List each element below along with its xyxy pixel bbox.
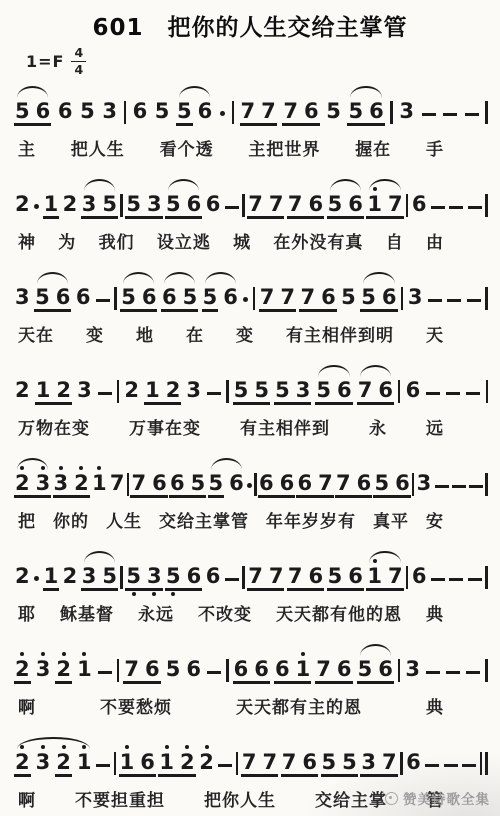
note: 3 (407, 287, 424, 312)
note: 6 (381, 287, 398, 309)
notes-row: 233217766556666776563 (6, 454, 494, 498)
lyric-syllable: 在外没有真 (273, 228, 363, 253)
duration-dash (207, 392, 221, 395)
lyrics-row: 耶稣基督永远不改变天天都有他的恩典 (6, 591, 494, 625)
note: 5 (341, 752, 358, 774)
octave-dot-above (373, 559, 377, 563)
duration-dash (449, 578, 463, 581)
note: 5 (327, 194, 344, 216)
lyric-syllable: 稣基督 (60, 600, 114, 625)
beam-group: 76 (287, 566, 324, 591)
barline (485, 101, 487, 124)
lyric-syllable: 把 (18, 507, 36, 532)
barline (242, 566, 244, 589)
lyric-syllable: 年年岁岁有 (266, 507, 356, 532)
note: 6 (308, 194, 325, 216)
beam-group: 67 (296, 473, 333, 498)
slur-group: 76 (357, 380, 394, 405)
music-line-1: 56653655677765563主把人生看个透主把世界握在手 (6, 82, 494, 160)
slur-group: 56 (327, 194, 364, 219)
note: 5 (357, 659, 374, 681)
note: 1 (295, 659, 312, 681)
note: 7 (315, 659, 332, 681)
lyric-syllable: 永远 (138, 600, 174, 625)
note: 5 (176, 101, 193, 126)
lyric-syllable: 安 (426, 507, 444, 532)
beam-group: 53 (125, 566, 162, 591)
note: 6 (301, 752, 318, 774)
beam-group: 56 (373, 473, 410, 498)
note: 3 (14, 287, 31, 312)
notes-row: 2123553566777656176 (6, 547, 494, 591)
notes-row: 56653655677765563 (6, 82, 494, 126)
barline (412, 473, 414, 496)
duration-dash (225, 206, 239, 209)
barline (117, 380, 119, 403)
note: 6 (405, 752, 422, 777)
duration-dash (452, 485, 466, 488)
note: 6 (394, 473, 411, 495)
beam-group: 12 (144, 380, 181, 405)
duration-dash (225, 578, 239, 581)
barline (242, 194, 244, 217)
note: 7 (260, 101, 277, 123)
beam-group: 56 (165, 566, 202, 591)
lyric-syllable: 万物在变 (18, 414, 90, 439)
note: 6 (144, 659, 161, 681)
note: 2 (14, 473, 31, 495)
lyric-syllable: 永 (369, 414, 387, 439)
note: 6 (411, 194, 428, 219)
barline (406, 194, 408, 217)
barline (398, 659, 400, 682)
note: 6 (347, 194, 364, 216)
octave-dot-above (97, 466, 101, 470)
slur-group: 56 (360, 287, 397, 312)
note: 5 (154, 101, 171, 126)
note: 3 (416, 473, 433, 498)
note: 1 (366, 194, 383, 216)
beam-group: 55 (321, 752, 358, 777)
slur-group: 56 (315, 380, 352, 405)
beam-group: 77 (240, 101, 277, 126)
note: 5 (360, 287, 377, 309)
note: 2 (14, 659, 31, 684)
lyric-syllable: 不改变 (198, 600, 252, 625)
note: 7 (357, 380, 374, 402)
beam-group: 76 (130, 473, 167, 498)
lyric-syllable: 交给主掌管 (159, 507, 249, 532)
augmentation-dot (247, 483, 252, 488)
note: 6 (141, 287, 158, 309)
note: 6 (228, 473, 245, 495)
note: 7 (240, 101, 257, 123)
note: 5 (165, 659, 182, 684)
note: 5 (233, 380, 250, 402)
note: 5 (325, 101, 342, 126)
duration-dash (466, 392, 480, 395)
lyrics-row: 主把人生看个透主把世界握在手 (6, 126, 494, 160)
page-title: 601把你的人生交给主掌管 (0, 9, 500, 42)
lyric-syllable: 万事在变 (129, 414, 201, 439)
beam-group: 76 (287, 194, 324, 219)
barline (127, 473, 129, 496)
note: 6 (57, 101, 74, 126)
duration-dash (431, 578, 445, 581)
note: 6 (258, 473, 275, 495)
note: 7 (268, 194, 285, 216)
note: 5 (253, 380, 270, 402)
note: 3 (81, 566, 98, 588)
note: 7 (287, 194, 304, 216)
lyric-syllable: 握在 (355, 135, 391, 160)
note: 6 (336, 380, 353, 402)
barline (406, 566, 408, 589)
lyric-syllable: 我们 (99, 228, 135, 253)
duration-dash (447, 299, 461, 302)
lyric-syllable: 天在 (18, 321, 54, 346)
beam-group: 76 (281, 752, 318, 777)
note: 5 (101, 566, 118, 588)
note: 5 (165, 194, 182, 216)
barline (485, 287, 487, 310)
beam-group: 66 (258, 473, 295, 498)
beam-group: 12 (35, 380, 72, 405)
slur-group: 35 (81, 194, 118, 219)
octave-dot-above (205, 745, 209, 749)
octave-dot-above (62, 652, 66, 656)
slur-group: 35 (81, 566, 118, 591)
lyric-syllable: 城 (233, 228, 251, 253)
octave-dot-above (20, 652, 24, 656)
note: 1 (43, 194, 60, 219)
note: 3 (146, 566, 163, 588)
meter-denominator: 4 (71, 61, 86, 76)
note: 2 (14, 566, 31, 591)
note: 7 (335, 473, 352, 495)
beam-group: 56 (327, 566, 364, 591)
note: 7 (282, 101, 299, 123)
note: 5 (274, 380, 291, 402)
key-tonic: 1=F (26, 52, 64, 71)
lyric-syllable: 由 (426, 228, 444, 253)
note: 3 (398, 101, 415, 126)
hymn-sheet-page: 601把你的人生交给主掌管 1=F 4 4 56653655677765563主… (0, 0, 500, 816)
note: 2 (14, 380, 31, 405)
watermark: 赞美诗歌全集 (385, 788, 490, 808)
beam-group: 76 (282, 101, 319, 126)
lyric-syllable: 把你人生 (204, 786, 276, 811)
note: 5 (125, 194, 142, 216)
note: 5 (190, 473, 207, 495)
beam-group: 77 (247, 194, 284, 219)
octave-dot-above (62, 745, 66, 749)
note: 7 (387, 194, 404, 216)
beam-group: 76 (335, 473, 372, 498)
note: 5 (125, 566, 142, 588)
note: 2 (14, 752, 31, 777)
note: 6 (161, 287, 178, 309)
note: 3 (404, 659, 421, 684)
note: 3 (35, 752, 52, 774)
note: 6 (347, 566, 364, 588)
note: 6 (75, 287, 92, 312)
beam-group: 77 (259, 287, 296, 312)
notes-row: 23217656666176563 (6, 640, 494, 684)
beam-group: 77 (247, 566, 284, 591)
duration-dash (422, 113, 436, 116)
note: 1 (119, 752, 136, 774)
note: 6 (279, 473, 296, 495)
lyrics-row: 把你的人生交给主掌管年年岁岁有真平安 (6, 498, 494, 532)
barline (232, 101, 234, 124)
note: 3 (101, 101, 118, 126)
note: 6 (320, 287, 337, 309)
slur-group: 56 (34, 287, 71, 312)
note: 5 (165, 566, 182, 588)
duration-dash (465, 113, 479, 116)
beam-group: 37 (360, 752, 397, 777)
note: 5 (315, 380, 332, 402)
note: 2 (73, 473, 90, 495)
slur-group: 56 (208, 473, 245, 498)
note: 7 (241, 752, 258, 774)
barline (114, 287, 116, 310)
beam-group: 76 (315, 659, 352, 684)
lyric-syllable: 远 (426, 414, 444, 439)
barline (486, 380, 488, 403)
note: 6 (303, 101, 320, 123)
note: 6 (222, 287, 239, 309)
slur-group: 65 (161, 287, 198, 312)
duration-dash (431, 206, 445, 209)
duration-dash (98, 392, 112, 395)
lyric-syllable: 你的 (53, 507, 89, 532)
lyric-syllable: 变 (86, 321, 104, 346)
slur-group: 56 (347, 101, 384, 126)
lyric-syllable: 不要担重担 (75, 786, 165, 811)
note: 1 (158, 752, 175, 774)
lyric-syllable: 真平 (373, 507, 409, 532)
note: 5 (79, 101, 96, 126)
octave-dot-above (41, 652, 45, 656)
music-line-7: 23217656666176563啊不要愁烦天天都有主的恩典 (6, 640, 494, 718)
note: 6 (55, 287, 72, 309)
duration-dash (462, 764, 476, 767)
beam-group: 16 (119, 752, 156, 777)
slur-group: 56 (14, 101, 51, 126)
note: 2 (179, 752, 196, 774)
note: 7 (279, 287, 296, 309)
note: 6 (296, 473, 313, 495)
note: 1 (366, 566, 383, 588)
notes-row: 2123553566777656176 (6, 175, 494, 219)
duration-dash (446, 671, 460, 674)
lyric-syllable: 神 (18, 228, 36, 253)
barline (485, 473, 487, 496)
note: 6 (132, 101, 149, 126)
augmentation-dot (220, 111, 225, 116)
note: 7 (130, 473, 147, 495)
note: 1 (76, 752, 93, 774)
lyric-syllable: 主 (18, 135, 36, 160)
lyrics-row: 万物在变万事在变有主相伴到永远 (6, 405, 494, 439)
octave-dot-above (41, 466, 45, 470)
lyric-syllable: 设立逃 (157, 228, 211, 253)
key-signature: 1=F 4 4 (26, 44, 500, 78)
octave-dot-above (79, 466, 83, 470)
lyric-syllable: 啊 (18, 693, 36, 718)
note: 5 (14, 101, 31, 123)
note: 6 (253, 659, 270, 681)
beam-group: 77 (241, 752, 278, 777)
slur-group: 56 (202, 287, 239, 312)
note: 5 (182, 287, 199, 309)
note: 5 (340, 287, 357, 312)
note: 6 (186, 194, 203, 216)
note: 5 (321, 752, 338, 774)
augmentation-dot (243, 297, 248, 302)
note: 7 (247, 194, 264, 216)
note: 6 (139, 752, 156, 774)
watermark-text: 赞美诗歌全集 (403, 788, 490, 808)
note: 5 (373, 473, 390, 495)
note: 6 (186, 566, 203, 588)
music-line-5: 233217766556666776563把你的人生交给主掌管年年岁岁有真平安 (6, 454, 494, 532)
note: 3 (81, 194, 98, 216)
octave-dot-below (132, 592, 136, 596)
octave-dot-above (301, 652, 305, 656)
lyric-syllable: 啊 (18, 786, 36, 811)
meter-numerator: 4 (71, 46, 86, 60)
note: 7 (247, 566, 264, 588)
duration-dash (466, 671, 480, 674)
beam-group: 32 (53, 473, 90, 498)
barline (236, 752, 238, 775)
beam-group: 76 (299, 287, 336, 312)
octave-dot-below (171, 592, 175, 596)
note: 3 (295, 380, 312, 402)
lyric-syllable: 人生 (106, 507, 142, 532)
barline (117, 659, 119, 682)
note: 2 (62, 194, 79, 219)
beam-group: 53 (274, 380, 311, 405)
note: 3 (360, 752, 377, 774)
augmentation-dot (34, 576, 39, 581)
lyric-syllable: 天天都有主的恩 (236, 693, 362, 718)
barline (485, 566, 487, 589)
note: 6 (185, 659, 202, 684)
duration-dash (468, 206, 482, 209)
lyric-syllable: 有主相伴到 (240, 414, 330, 439)
note: 2 (198, 752, 215, 777)
beam-group: 66 (233, 659, 270, 684)
barline (485, 194, 487, 217)
note: 1 (76, 659, 93, 684)
note: 7 (287, 566, 304, 588)
note: 6 (169, 473, 186, 495)
hymn-title: 把你的人生交给主掌管 (168, 15, 408, 41)
octave-dot-above (41, 745, 45, 749)
slur-group: 56 (120, 287, 157, 312)
barline (254, 473, 256, 496)
note: 7 (109, 473, 126, 498)
note: 5 (34, 287, 51, 309)
duration-dash (428, 299, 442, 302)
note: 1 (43, 566, 60, 591)
note: 6 (356, 473, 373, 495)
slur-group: 2321 (14, 752, 93, 777)
note: 7 (299, 287, 316, 309)
notes-row: 232116122777655376 (6, 733, 494, 777)
duration-dash (425, 764, 439, 767)
note: 7 (387, 566, 404, 588)
barline (226, 380, 228, 403)
note: 6 (274, 659, 291, 681)
note: 7 (317, 473, 334, 495)
octave-dot-above (20, 466, 24, 470)
note: 6 (336, 659, 353, 681)
augmentation-dot (34, 204, 39, 209)
duration-dash (469, 485, 483, 488)
lyrics-row: 神为我们设立逃城在外没有真自由 (6, 219, 494, 253)
octave-dot-above (165, 745, 169, 749)
note: 6 (411, 566, 428, 591)
note: 6 (308, 566, 325, 588)
barline (124, 101, 126, 124)
notes-row: 356656655677765563 (6, 268, 494, 312)
watermark-logo-icon (385, 792, 398, 805)
time-signature: 4 4 (71, 46, 86, 75)
final-barline (480, 752, 488, 775)
duration-dash (96, 299, 110, 302)
beam-group: 76 (123, 659, 160, 684)
barline (400, 752, 402, 775)
note: 3 (53, 473, 70, 495)
lyric-syllable: 典 (426, 693, 444, 718)
duration-dash (426, 671, 440, 674)
duration-dash (218, 764, 232, 767)
note: 1 (35, 380, 52, 402)
barline (401, 287, 403, 310)
duration-dash (96, 764, 110, 767)
slur-group: 17 (366, 566, 403, 591)
duration-dash (435, 485, 449, 488)
lyric-syllable: 把人生 (71, 135, 125, 160)
beam-group: 12 (158, 752, 195, 777)
note: 6 (35, 101, 52, 123)
slur-group: 56 (165, 194, 202, 219)
lyric-syllable: 天 (426, 321, 444, 346)
duration-dash (443, 113, 457, 116)
note: 7 (381, 752, 398, 774)
note: 3 (35, 659, 52, 684)
slur-group: 56 (176, 101, 213, 126)
barline (485, 659, 487, 682)
lyric-syllable: 看个透 (160, 135, 214, 160)
note: 3 (35, 473, 52, 495)
beam-group: 55 (233, 380, 270, 405)
lyric-syllable: 变 (236, 321, 254, 346)
lyric-syllable: 在 (186, 321, 204, 346)
hymn-number: 601 (92, 15, 143, 41)
note: 2 (55, 659, 72, 684)
note: 6 (233, 659, 250, 681)
duration-dash (449, 206, 463, 209)
note: 3 (76, 380, 93, 405)
note: 6 (205, 566, 222, 591)
note: 1 (91, 473, 108, 498)
